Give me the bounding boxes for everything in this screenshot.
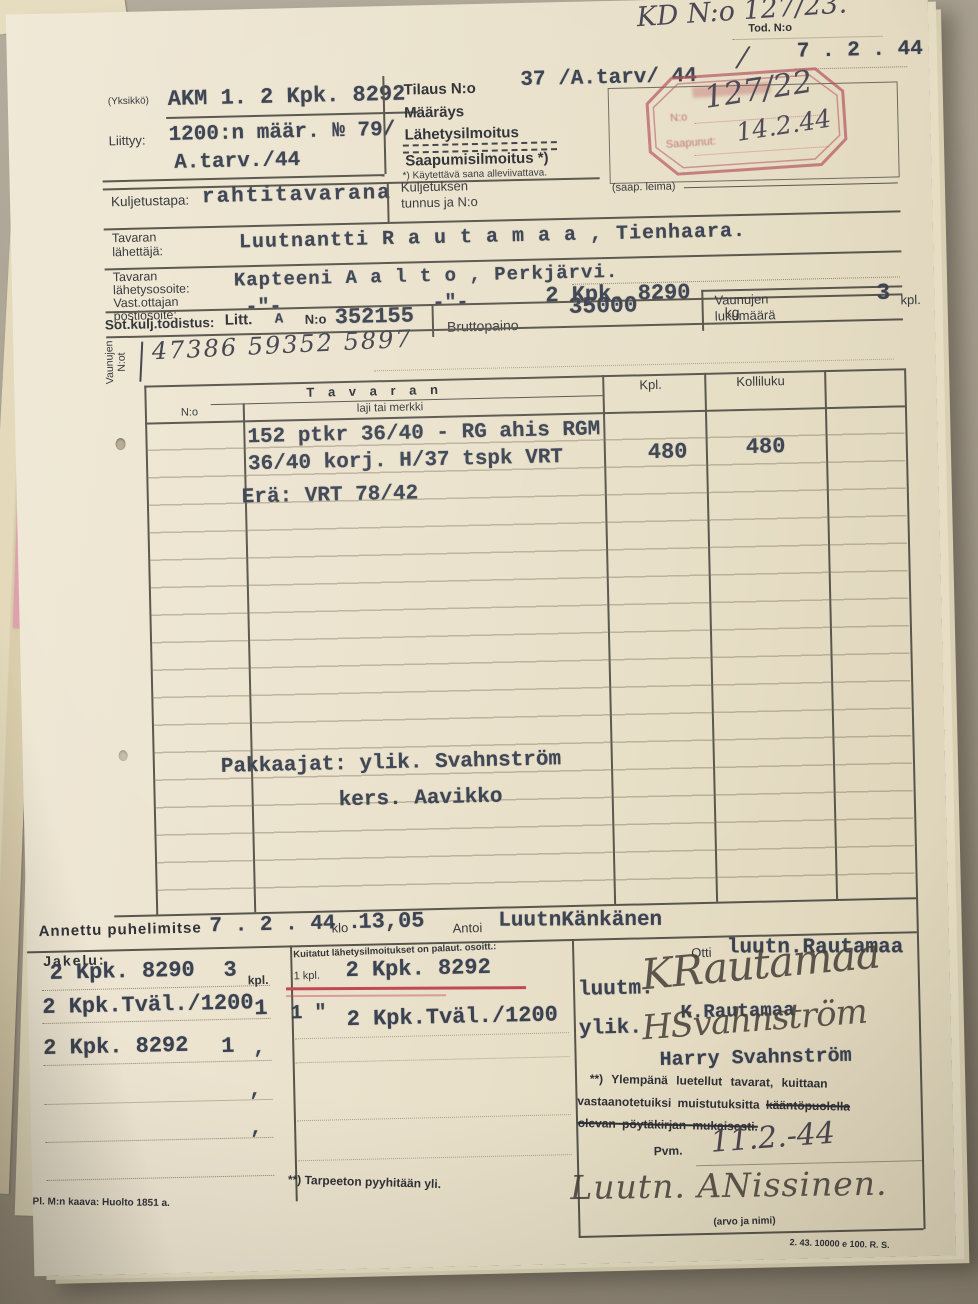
table-ruling-dotted	[146, 406, 915, 913]
rule-dotted	[295, 1032, 569, 1039]
tunnus-label-line1: Kuljetuksen	[401, 178, 469, 195]
punch-hole	[115, 438, 125, 450]
liittyy-value-line2: A.tarv./44	[174, 149, 301, 175]
tilaus-no-label: Tilaus N:o	[403, 80, 476, 99]
jakelu-row2-name: 2 Kpk.Tväl./1200	[42, 990, 254, 1020]
saap-leima-caption: (saap. leima)	[612, 180, 676, 193]
jakelu-row3-count: 1	[221, 1034, 235, 1059]
antoi-value: LuutnKänkänen	[498, 909, 662, 933]
print-code: 2. 43. 10000 e 100. R. S.	[789, 1237, 889, 1250]
cert-no-label: N:o	[305, 311, 327, 326]
wagon-label-line2: N:ot	[115, 336, 128, 388]
slash-mark: /	[737, 40, 749, 74]
wagon-count: 3	[876, 280, 890, 306]
rule-dotted	[298, 1154, 572, 1161]
bruttopaino-label: Bruttopaino	[447, 317, 519, 335]
packers-line2: kers. Aavikko	[338, 786, 502, 813]
receipt-row2-qty: 1 "	[290, 1002, 327, 1026]
rule	[166, 111, 418, 118]
rule	[701, 285, 902, 291]
form-code: Pl. M:n kaava: Huolto 1851 a.	[32, 1196, 169, 1209]
note-line2a: vastaanotetuiksi muistutuksitta	[577, 1094, 760, 1112]
liittyy-value-line1: 1200:n määr. № 79/	[168, 119, 395, 147]
kd-number-handwritten: KD N:o 127/23.	[636, 0, 848, 33]
rule	[290, 945, 297, 1201]
annettu-label: Annettu puhelimitse	[38, 919, 202, 940]
kolliluku-header: Kolliluku	[736, 373, 785, 389]
final-signature-handwritten: Luutn. ANissinen.	[570, 1164, 888, 1207]
receipt-footnote: **) Tarpeeton pyyhitään yli.	[288, 1173, 442, 1192]
punch-hole	[119, 750, 128, 761]
note-line1: **) Ylempänä luetellut tavarat, kuittaan	[590, 1072, 828, 1091]
antoi-label: Antoi	[452, 920, 482, 936]
rule-dotted	[45, 1137, 273, 1143]
rule-dotted	[296, 1056, 570, 1063]
receipt-row1-value: 2 Kpk. 8292	[345, 955, 491, 983]
jakelu-row1-count: 3	[223, 958, 237, 983]
rule-dotted	[44, 1060, 272, 1066]
stamp-no-label: N:o	[670, 111, 688, 124]
red-underline	[286, 986, 526, 990]
arrival-stamp: N:o Saapunut: 127/22 14.2.44	[643, 65, 849, 178]
sender-label-line1: Tavaran	[112, 230, 157, 245]
note-line2b-struck: kääntöpuolella	[766, 1098, 850, 1114]
jakelu-row1-name: 2 Kpk. 8290	[49, 958, 195, 986]
rule-dotted	[297, 1114, 571, 1121]
yksikko-label: (Yksikkö)	[108, 95, 149, 107]
kpl-value: 480	[648, 439, 688, 465]
rule	[144, 368, 904, 387]
wagons-label-line1: Vaunujen	[714, 291, 768, 307]
saapumisilmoitus-label: Saapumisilmoitus *)	[405, 149, 549, 169]
kpl-header: Kpl.	[639, 377, 662, 393]
unit-value: AKM 1. 2 Kpk. 8292	[167, 82, 405, 112]
red-underline-faint	[286, 994, 446, 997]
laji-header: laji tai merkki	[357, 401, 424, 415]
litt-value: A	[275, 311, 284, 327]
wagon-numbers-handwritten: 47386 59352 5897	[151, 325, 413, 366]
pvm-label: Pvm.	[654, 1144, 683, 1159]
tavaran-header: T a v a r a n	[306, 382, 443, 400]
era-line: Erä: VRT 78/42	[242, 482, 419, 509]
sender-label-line2: lähettäjä:	[112, 244, 163, 259]
jakelu-row3-name: 2 Kpk. 8292	[43, 1033, 189, 1061]
receipt-row2-value: 2 Kpk.Tväl./1200	[346, 1002, 558, 1032]
jakelu-comma: ,	[253, 1037, 266, 1060]
wagon-label-line1: Vaunujen	[103, 336, 116, 388]
rule	[701, 290, 703, 331]
ylik-signature-handwritten: HSvahnström	[641, 992, 869, 1049]
kuljetustapa-label: Kuljetustapa:	[111, 193, 189, 210]
note-line2: vastaanotetuiksi muistutuksitta kääntöpu…	[577, 1094, 850, 1114]
arvo-ja-nimi-label: (arvo ja nimi)	[713, 1215, 775, 1227]
tunnus-label-line2: tunnus ja N:o	[401, 194, 478, 211]
ylik-label: ylik.	[579, 1016, 643, 1040]
lahetysilmoitus-label: Lähetysilmoitus	[404, 124, 519, 144]
klo-label: klo	[331, 920, 348, 935]
kpl-label: kpl.	[900, 292, 921, 307]
liittyy-label: Liittyy:	[109, 132, 146, 148]
rule	[684, 182, 898, 188]
sotkulj-label: Sot.kulj.todistus:	[105, 315, 215, 332]
ylik-typed-name: Harry Svahnström	[659, 1045, 852, 1072]
no-header: N:o	[181, 406, 198, 418]
luutm-signature-handwritten: KRautamaa	[639, 928, 881, 999]
kolliluku-value: 480	[746, 434, 786, 460]
weight-value: 35000	[568, 292, 638, 320]
litt-label: Litt.	[225, 311, 253, 329]
rule-dotted	[45, 1099, 273, 1105]
rule-dotted	[46, 1175, 274, 1181]
date-typed: 7 . 2 . 44 .	[797, 37, 949, 63]
rule	[106, 293, 903, 313]
kuljetustapa-value: rahtitavarana	[202, 182, 392, 209]
tod-no-label: Tod. N:o	[748, 22, 792, 35]
receipt-row1-qty: 1 kpl.	[294, 970, 321, 983]
transport-form-paper: KD N:o 127/23. Tod. N:o 37 /A.tarv/ 44 /…	[6, 0, 956, 1276]
rule	[103, 174, 385, 182]
phone-time: 13,05	[358, 908, 425, 934]
maarays-label: Määräys	[404, 103, 464, 121]
rule	[579, 1228, 924, 1237]
